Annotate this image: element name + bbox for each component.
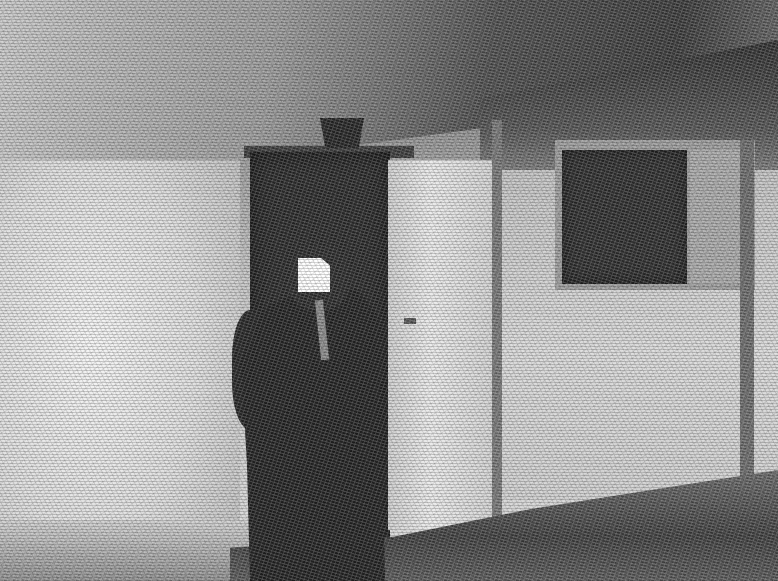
- door-panel: [388, 160, 494, 530]
- window: [562, 150, 687, 284]
- door-handle: [404, 318, 416, 324]
- ceiling-box: [320, 118, 364, 148]
- face-redaction-box: [298, 258, 330, 292]
- door-panel-edge: [492, 120, 502, 530]
- person: [238, 290, 388, 581]
- photo: Interior hallway with a person standing …: [0, 0, 778, 581]
